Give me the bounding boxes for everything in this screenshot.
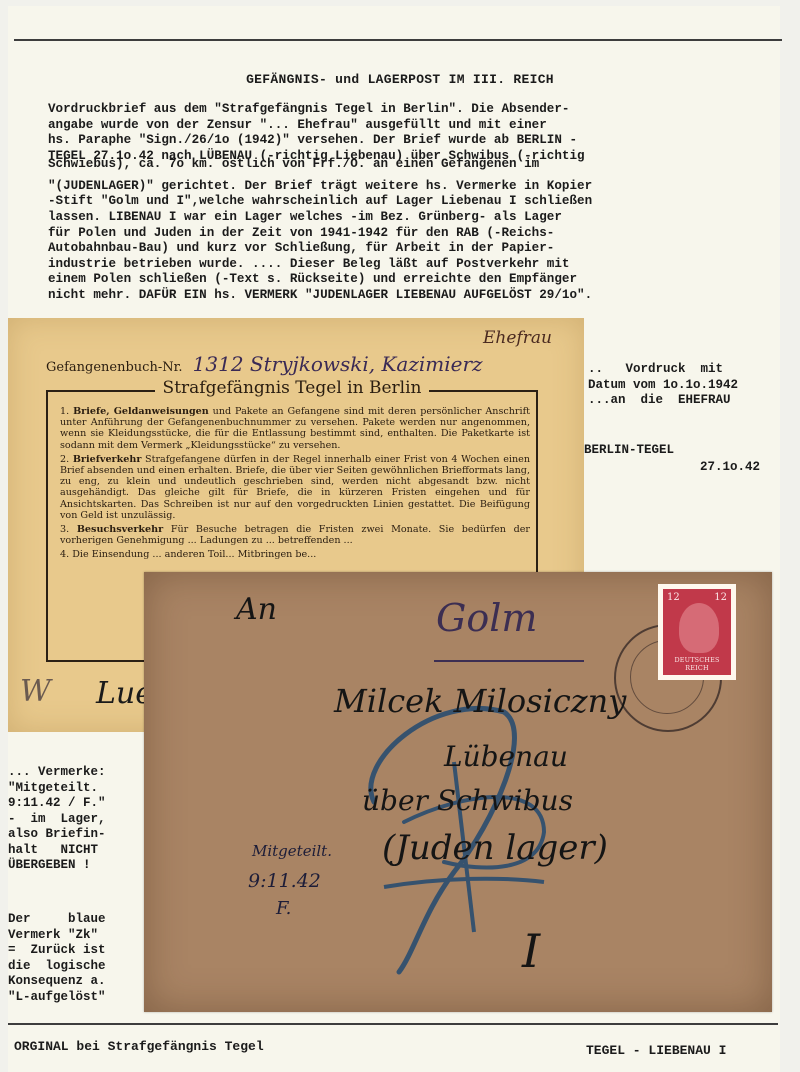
stamp-value-left: 12 (667, 592, 680, 603)
intro-line: angabe wurde von der Zensur "... Ehefrau… (48, 118, 758, 134)
rule-item: 3. Besuchsverkehr Für Besuche betragen d… (60, 524, 530, 546)
bottom-rule (8, 1023, 778, 1025)
intro-line: Schwiebus), ca. 7o km. östlich von Frf./… (48, 157, 758, 165)
page-title: GEFÄNGNIS- und LAGERPOST IM III. REICH (0, 72, 800, 87)
stamp-value-right: 12 (714, 592, 727, 603)
intro-line: TEGEL 27.1o.42 nach LÜBENAU (-richtig Li… (48, 149, 758, 157)
prisoner-book-number: Gefangenenbuch-Nr. 1312 Stryjkowski, Kaz… (46, 352, 483, 376)
rules-list: 1. Briefe, Geldanweisungen und Pakete an… (60, 406, 530, 564)
handwritten-golm: Golm (436, 596, 537, 640)
stamp-country: DEUTSCHES REICH (663, 656, 731, 672)
intro-text: Vordruckbrief aus dem "Strafgefängnis Te… (48, 102, 758, 304)
buchnr-handwritten: 1312 Stryjkowski, Kazimierz (193, 352, 483, 376)
note-mitgeteilt-date: 9:11.42 (248, 870, 321, 892)
intro-line: -Stift "Golm und I",welche wahrscheinlic… (48, 194, 758, 210)
intro-line: nicht mehr. DAFÜR EIN hs. VERMERK "JUDEN… (48, 288, 758, 304)
rule-item: 2. Briefverkehr Strafgefangene dürfen in… (60, 454, 530, 521)
box-title-text: Strafgefängnis Tegel in Berlin (155, 378, 430, 398)
intro-line: Vordruckbrief aus dem "Strafgefängnis Te… (48, 102, 758, 118)
intro-line: hs. Paraphe "Sign./26/1o (1942)" versehe… (48, 133, 758, 149)
address-camp: (Juden lager) (382, 828, 608, 868)
envelope: 12 12 DEUTSCHES REICH An Golm Milcek Mil… (144, 572, 772, 1012)
intro-line: einem Polen schließen (-Text s. Rückseit… (48, 272, 758, 288)
stamp-face: 12 12 DEUTSCHES REICH (663, 589, 731, 675)
intro-line: industrie betrieben wurde. .... Dieser B… (48, 257, 758, 273)
side-note-date: 27.1o.42 (700, 460, 760, 476)
footer-right: TEGEL - LIEBENAU I (586, 1043, 726, 1058)
side-note-vordruck: .. Vordruck mit Datum vom 1o.1o.1942 ...… (588, 362, 738, 409)
top-rule (14, 39, 782, 41)
note-mitgeteilt: Mitgeteilt. (252, 842, 332, 860)
intro-line: "(JUDENLAGER)" gerichtet. Der Brief träg… (48, 179, 758, 195)
pencil-mark-w: W (20, 674, 51, 709)
addressee-name: Milcek Milosiczny (334, 682, 626, 720)
portrait-icon (679, 603, 719, 653)
side-note-vermerke: ... Vermerke: "Mitgeteilt. 9:11.42 / F."… (8, 765, 106, 874)
side-note-place: BERLIN-TEGEL (584, 443, 674, 459)
handwritten-ehefrau: Ehefrau (483, 328, 552, 348)
rule-item: 1. Briefe, Geldanweisungen und Pakete an… (60, 406, 530, 451)
buchnr-label: Gefangenenbuch-Nr. (46, 360, 183, 375)
address-town: Lübenau (444, 740, 568, 773)
mark-roman-one: I (522, 924, 540, 978)
rules-box-title: Strafgefängnis Tegel in Berlin (46, 378, 538, 398)
postage-stamp: 12 12 DEUTSCHES REICH (658, 584, 736, 680)
intro-line: für Polen und Juden in der Zeit von 1941… (48, 226, 758, 242)
note-mitgeteilt-sign: F. (276, 898, 291, 919)
side-note-zk: Der blaue Vermerk "Zk" = Zurück ist die … (8, 912, 106, 1005)
intro-line: lassen. LIBENAU I war ein Lager welches … (48, 210, 758, 226)
address-via: über Schwibus (362, 784, 573, 817)
handwritten-an: An (236, 592, 277, 627)
footer-left: ORGINAL bei Strafgefängnis Tegel (14, 1039, 264, 1054)
golm-underline (434, 660, 584, 662)
intro-line: Autobahnbau-Bau) und kurz vor Schließung… (48, 241, 758, 257)
rule-item: 4. Die Einsendung ... anderen Toil... Mi… (60, 549, 530, 560)
